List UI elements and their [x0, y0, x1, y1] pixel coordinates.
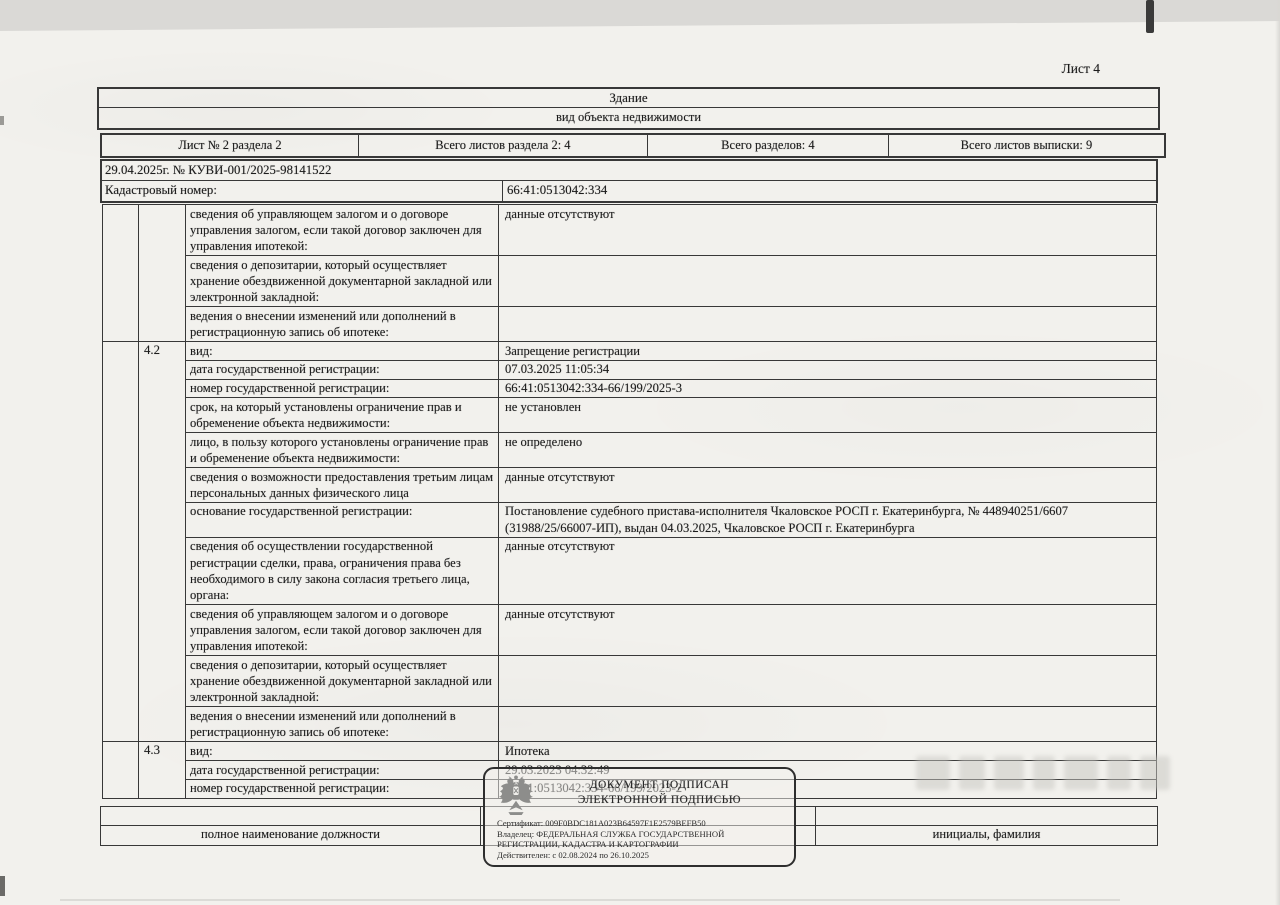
attribute-value: [499, 656, 1156, 706]
coat-of-arms-icon: [497, 774, 535, 816]
attribute-label: сведения об осуществлении государственно…: [186, 538, 499, 604]
attribute-label: ведения о внесении изменений или дополне…: [186, 307, 499, 341]
scanned-document-page: Лист 4 Здание вид объекта недвижимости Л…: [0, 0, 1280, 905]
digital-signature-stamp: ДОКУМЕНТ ПОДПИСАН ЭЛЕКТРОННОЙ ПОДПИСЬЮ С…: [483, 767, 796, 867]
attribute-value: [499, 307, 1156, 341]
table-row: основание государственной регистрации:По…: [186, 503, 1156, 538]
table-row: вид:Запрещение регистрации: [186, 342, 1156, 361]
attribute-label: срок, на который установлены ограничение…: [186, 398, 499, 432]
section-outer-cell: [103, 742, 139, 797]
table-section: 4.2вид:Запрещение регистрациидата госуда…: [103, 342, 1156, 742]
table-row: номер государственной регистрации:66:41:…: [186, 380, 1156, 399]
meta-total-sections: Всего разделов: 4: [648, 135, 889, 156]
attribute-value: 07.03.2025 11:05:34: [499, 361, 1156, 379]
attribute-value: Постановление судебного пристава-исполни…: [499, 503, 1156, 537]
attribute-value: данные отсутствуют: [499, 468, 1156, 502]
sheet-number: Лист 4: [0, 61, 1157, 77]
attribute-label: сведения об управляющем залогом и о дого…: [186, 205, 499, 255]
cadastral-number-value: 66:41:0513042:334: [503, 181, 1156, 201]
attribute-value: Запрещение регистрации: [499, 342, 1156, 360]
table-row: ведения о внесении изменений или дополне…: [186, 307, 1156, 342]
request-line: 29.04.2025г. № КУВИ-001/2025-98141522: [102, 161, 1156, 181]
section-outer-cell: [103, 205, 139, 341]
scan-artifact: [0, 0, 1280, 34]
object-type: Здание: [99, 89, 1158, 108]
scan-artifact: [0, 116, 4, 125]
scan-artifact: [60, 899, 1120, 901]
object-type-box: Здание вид объекта недвижимости: [97, 87, 1160, 130]
attribute-label: номер государственной регистрации:: [186, 780, 499, 798]
table-section: сведения об управляющем залогом и о дого…: [103, 205, 1156, 342]
stamp-title-line1: ДОКУМЕНТ ПОДПИСАН: [535, 778, 784, 793]
attribute-value: данные отсутствуют: [499, 538, 1156, 604]
attribute-value: 66:41:0513042:334-66/199/2025-3: [499, 380, 1156, 398]
table-row: срок, на который установлены ограничение…: [186, 398, 1156, 433]
attribute-label: сведения о возможности предоставления тр…: [186, 468, 499, 502]
attribute-value: не определено: [499, 433, 1156, 467]
encumbrance-table: сведения об управляющем залогом и о дого…: [102, 204, 1157, 799]
table-row: сведения о депозитарии, который осуществ…: [186, 256, 1156, 307]
table-row: сведения об осуществлении государственно…: [186, 538, 1156, 605]
attribute-label: ведения о внесении изменений или дополне…: [186, 707, 499, 741]
meta-sheet-of-section: Лист № 2 раздела 2: [102, 135, 359, 156]
section-number: [139, 205, 186, 341]
name-caption: инициалы, фамилия: [816, 826, 1157, 845]
stamp-certificate: Сертификат: 009F0BDC181A023B64597F1E2579…: [497, 818, 784, 829]
table-row: дата государственной регистрации:07.03.2…: [186, 361, 1156, 380]
attribute-label: вид:: [186, 342, 499, 360]
attribute-value: данные отсутствуют: [499, 605, 1156, 655]
table-row: сведения о депозитарии, который осуществ…: [186, 656, 1156, 707]
scan-artifact: [1146, 0, 1154, 33]
table-row: лицо, в пользу которого установлены огра…: [186, 433, 1156, 468]
attribute-label: сведения об управляющем залогом и о дого…: [186, 605, 499, 655]
attribute-label: вид:: [186, 742, 499, 760]
meta-total-sheets-extract: Всего листов выписки: 9: [889, 135, 1164, 156]
section-outer-cell: [103, 342, 139, 741]
attribute-label: номер государственной регистрации:: [186, 380, 499, 398]
table-row: сведения об управляющем залогом и о дого…: [186, 205, 1156, 256]
signature-position-line: [101, 807, 481, 825]
section-number: 4.3: [139, 742, 186, 797]
scan-artifact: [0, 876, 5, 896]
table-row: ведения о внесении изменений или дополне…: [186, 707, 1156, 742]
stamp-owner-line1: Владелец: ФЕДЕРАЛЬНАЯ СЛУЖБА ГОСУДАРСТВЕ…: [497, 829, 784, 840]
attribute-label: сведения о депозитарии, который осуществ…: [186, 656, 499, 706]
cadastral-number-label: Кадастровый номер:: [102, 181, 503, 201]
stamp-title-line2: ЭЛЕКТРОННОЙ ПОДПИСЬЮ: [535, 793, 784, 808]
attribute-label: лицо, в пользу которого установлены огра…: [186, 433, 499, 467]
attribute-label: основание государственной регистрации:: [186, 503, 499, 537]
bleed-through-artifact: [878, 748, 1170, 798]
object-type-caption: вид объекта недвижимости: [99, 108, 1158, 128]
stamp-validity: Действителен: с 02.08.2024 по 26.10.2025: [497, 850, 784, 861]
signature-name-line: [816, 807, 1157, 825]
attribute-value: [499, 256, 1156, 306]
attribute-label: дата государственной регистрации:: [186, 361, 499, 379]
attribute-value: [499, 707, 1156, 741]
attribute-value: данные отсутствуют: [499, 205, 1156, 255]
table-row: сведения о возможности предоставления тр…: [186, 468, 1156, 503]
scan-artifact: [1275, 0, 1280, 905]
table-row: сведения об управляющем залогом и о дого…: [186, 605, 1156, 656]
sheet-meta-row: Лист № 2 раздела 2 Всего листов раздела …: [100, 133, 1166, 158]
request-info-box: 29.04.2025г. № КУВИ-001/2025-98141522 Ка…: [100, 159, 1158, 203]
attribute-label: сведения о депозитарии, который осуществ…: [186, 256, 499, 306]
attribute-value: не установлен: [499, 398, 1156, 432]
position-caption: полное наименование должности: [101, 826, 481, 845]
attribute-label: дата государственной регистрации:: [186, 761, 499, 779]
meta-total-sheets-section: Всего листов раздела 2: 4: [359, 135, 648, 156]
section-number: 4.2: [139, 342, 186, 741]
stamp-owner-line2: РЕГИСТРАЦИИ, КАДАСТРА И КАРТОГРАФИИ: [497, 839, 784, 850]
